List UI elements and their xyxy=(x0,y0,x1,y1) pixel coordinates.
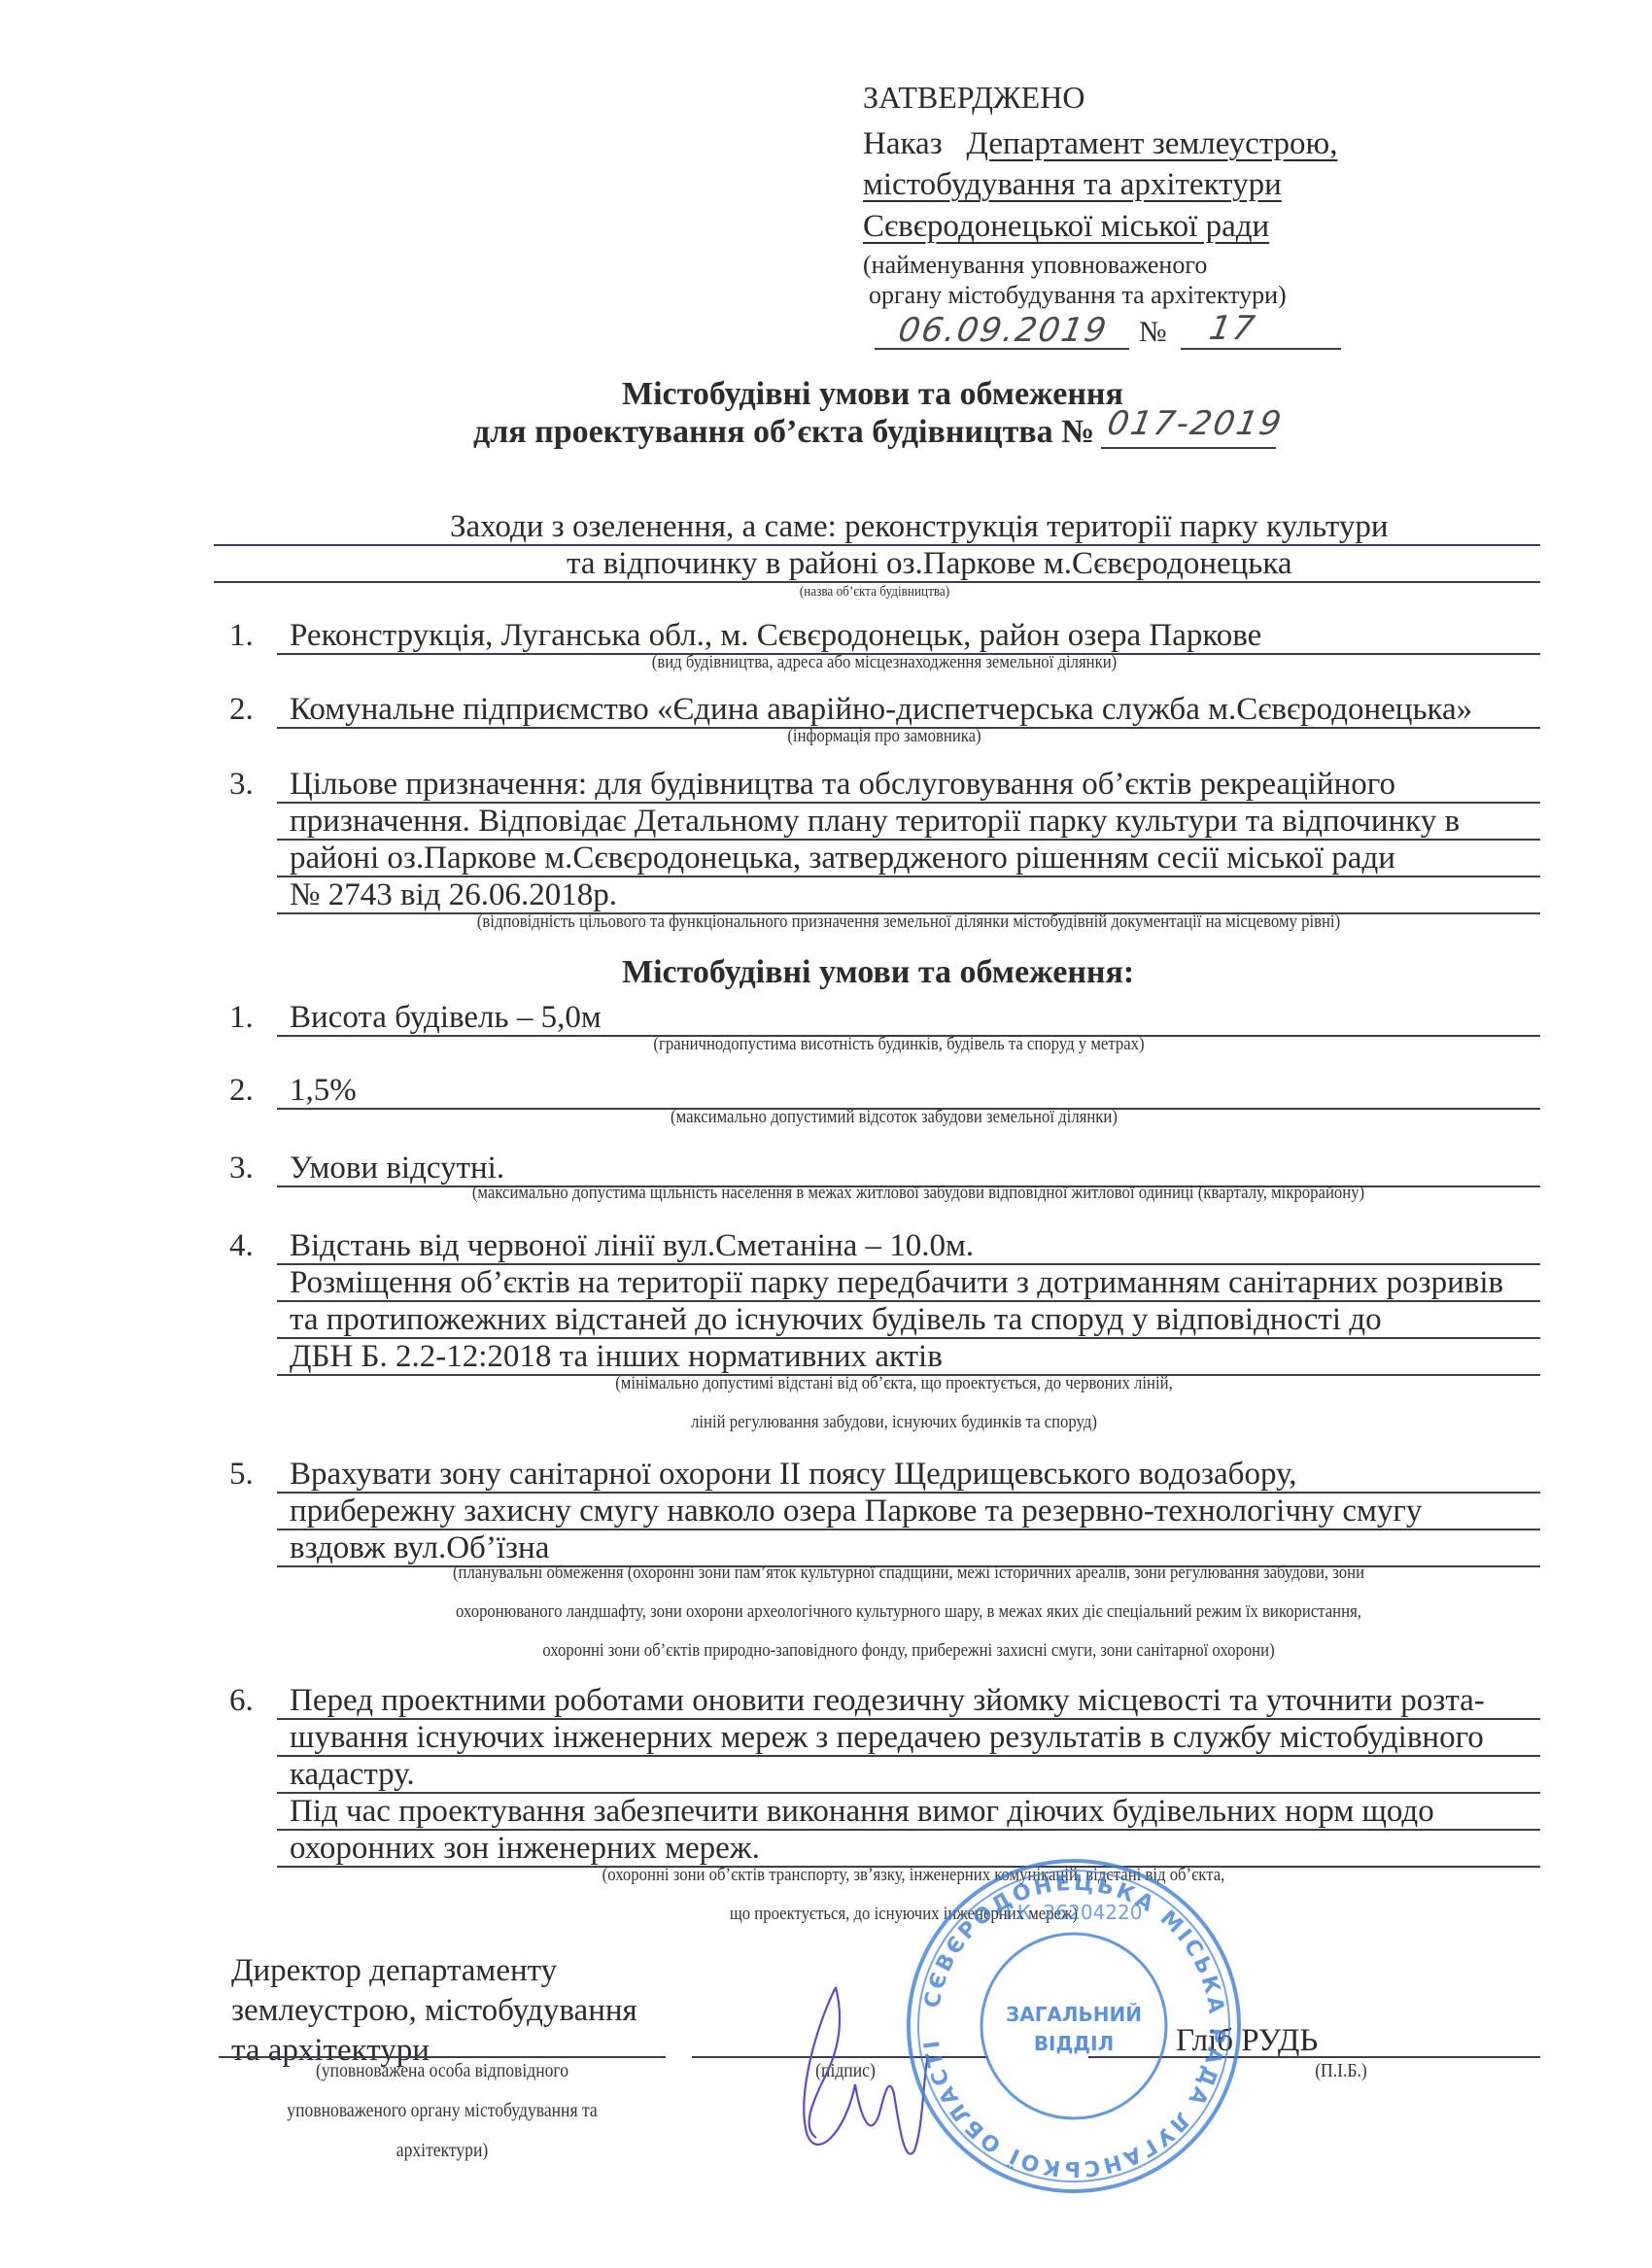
item-number: 3. xyxy=(229,1149,254,1187)
condition-6-line-3: кадастру. xyxy=(290,1755,415,1794)
item-number: 6. xyxy=(229,1681,254,1720)
condition-6-line-2: шування існуючих інженерних мереж з пере… xyxy=(290,1718,1484,1757)
condition-5-caption-1: (планувальні обмеження (охоронні зони па… xyxy=(349,1562,1469,1585)
rule xyxy=(277,1755,1540,1757)
general-item-3-line-1: Цільове призначення: для будівництва та … xyxy=(290,765,1395,804)
general-item-3-line-2: призначення. Відповідає Детальному плану… xyxy=(290,802,1460,841)
condition-4-line-4: ДБН Б. 2.2-12:2018 та інших нормативних … xyxy=(290,1337,943,1376)
order-date: 06.09.2019 xyxy=(895,311,1111,350)
department-name-1: Департамент землеустрою, xyxy=(966,126,1337,161)
general-item-3-line-3: районі оз.Паркове м.Сєвєродонецька, затв… xyxy=(290,839,1395,877)
position-caption-1: (уповноважена особа відповідного xyxy=(258,2059,626,2082)
condition-5-line-2: прибережну захисну смугу навколо озера П… xyxy=(290,1492,1422,1530)
general-item-1-line: Реконструкція, Луганська обл., м. Сєвєро… xyxy=(290,616,1261,655)
condition-4-line-2: Розміщення об’єктів на території парку п… xyxy=(290,1263,1503,1302)
official-stamp: СЄВЄРОДОНЕЦЬКА МІСЬКА РАДА ЛУГАНСЬКОЇ ОБ… xyxy=(899,1851,1249,2201)
object-name-2: та відпочинку в районі оз.Паркове м.Сєвє… xyxy=(567,544,1292,583)
date-rule xyxy=(875,348,1129,350)
order-label: Наказ xyxy=(863,126,943,161)
item-number: 2. xyxy=(229,1071,254,1110)
general-item-2-line: Комунальне підприємство «Єдина аварійно-… xyxy=(290,690,1472,729)
condition-6-line-4: Під час проектування забезпечити виконан… xyxy=(290,1792,1434,1831)
approved-label: ЗАТВЕРДЖЕНО xyxy=(863,78,1084,117)
document-number: 017-2019 xyxy=(1104,404,1286,443)
condition-4-line-3: та протипожежних відстаней до існуючих б… xyxy=(290,1300,1382,1339)
item-number: 1. xyxy=(229,998,254,1037)
order-number-rule xyxy=(1181,348,1341,350)
condition-1-line: Висота будівель – 5,0м xyxy=(290,998,602,1037)
authority-caption-1: (найменування уповноваженого xyxy=(863,251,1207,280)
position-line-2: землеустрою, містобудування xyxy=(231,1991,637,2030)
svg-text:ЗАГАЛЬНИЙ: ЗАГАЛЬНИЙ xyxy=(1006,2003,1142,2026)
order-number: 17 xyxy=(1206,309,1258,348)
position-caption-3: архітектури) xyxy=(310,2139,575,2162)
condition-3-caption: (максимально допустима щільність населен… xyxy=(384,1182,1453,1205)
condition-2-caption: (максимально допустимий відсоток забудов… xyxy=(612,1106,1177,1129)
position-caption-2: уповноваженого органу містобудування та xyxy=(250,2099,635,2122)
item-number: 1. xyxy=(229,616,254,655)
item-number: 4. xyxy=(229,1226,254,1265)
general-item-1-caption: (вид будівництва, адреса або місцезнаход… xyxy=(585,651,1184,674)
condition-5-caption-3: охоронні зони об’єктів природно-заповідн… xyxy=(434,1639,1384,1663)
general-item-3-line-4: № 2743 від 26.06.2018р. xyxy=(290,876,617,914)
document-number-rule xyxy=(1101,447,1276,449)
document-title-1: Містобудівні умови та обмеження xyxy=(622,374,1123,415)
svg-text:І.К. 26204220: І.К. 26204220 xyxy=(1006,1901,1143,1924)
position-line-1: Директор департаменту xyxy=(231,1951,557,1990)
condition-4-caption-1: (мінімально допустимі відстані від об’єк… xyxy=(534,1372,1253,1395)
department-name-2: містобудування та архітектури xyxy=(863,165,1282,204)
item-number: 2. xyxy=(229,690,254,729)
condition-4-caption-2: ліній регулювання забудови, існуючих буд… xyxy=(620,1411,1167,1434)
conditions-heading: Містобудівні умови та обмеження: xyxy=(622,952,1134,993)
name-caption: (П.І.Б.) xyxy=(1307,2059,1375,2082)
department-name-3: Сєвєродонецької міської ради xyxy=(863,207,1269,246)
object-caption: (назва об’єкта будівництва) xyxy=(704,580,1046,603)
item-number: 3. xyxy=(229,765,254,804)
general-item-2-caption: (інформація про замовника) xyxy=(722,725,1047,748)
condition-4-line-1: Відстань від червоної лінії вул.Сметанін… xyxy=(290,1226,974,1265)
svg-text:ВІДДІЛ: ВІДДІЛ xyxy=(1034,2032,1114,2055)
object-name-1: Заходи з озеленення, а саме: реконструкц… xyxy=(450,507,1389,546)
condition-2-line: 1,5% xyxy=(290,1071,357,1110)
number-sign: № xyxy=(1139,313,1167,352)
general-item-3-caption: (відповідність цільового та функціональн… xyxy=(365,911,1452,934)
rule xyxy=(219,2056,666,2058)
item-number: 5. xyxy=(229,1455,254,1494)
condition-1-caption: (граничнодопустима висотність будинків, … xyxy=(587,1033,1211,1056)
document-title-2: для проектування об’єкта будівництва № xyxy=(473,412,1094,453)
authority-caption-2: органу містобудування та архітектури) xyxy=(869,281,1287,310)
condition-6-line-1: Перед проектними роботами оновити геодез… xyxy=(290,1681,1485,1720)
order-line: Наказ Департамент землеустрою, xyxy=(863,124,1337,163)
condition-6-line-5: охоронних зон інженерних мереж. xyxy=(290,1829,760,1868)
condition-5-line-1: Врахувати зону санітарної охорони ІІ поя… xyxy=(290,1455,1297,1494)
condition-5-caption-2: охоронюваного ландшафту, зони охорони ар… xyxy=(349,1600,1469,1624)
